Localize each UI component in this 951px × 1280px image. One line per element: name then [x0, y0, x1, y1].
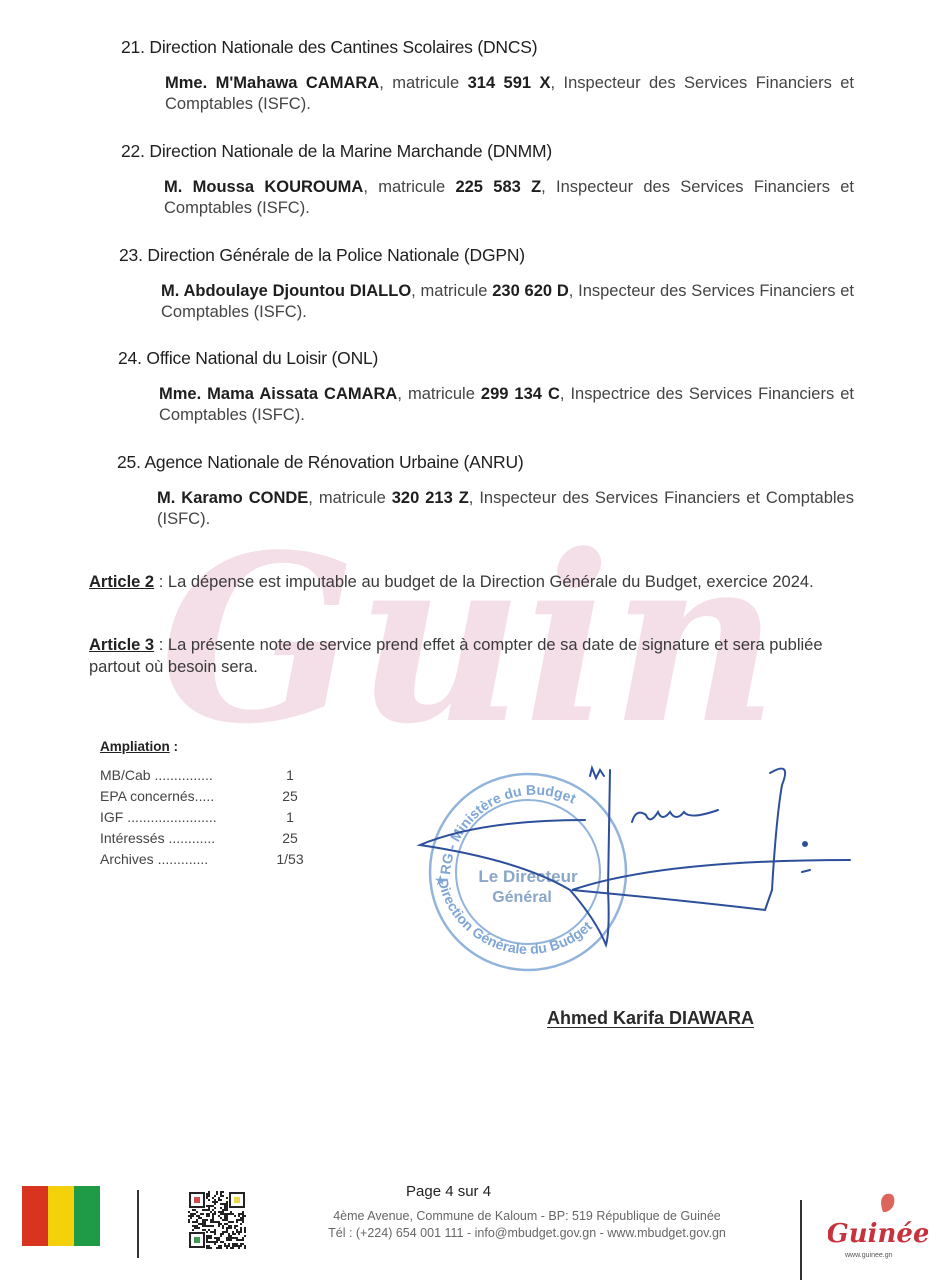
- footer-divider: [137, 1190, 139, 1258]
- entry-organization: 22. Direction Nationale de la Marine Mar…: [121, 141, 552, 162]
- ampliation-title: Ampliation: [100, 739, 170, 754]
- qr-code-icon: [188, 1191, 246, 1249]
- ampliation-row: EPA concernés.....25: [100, 786, 340, 807]
- page-number: Page 4 sur 4: [406, 1183, 491, 1200]
- assignee-name: M. Moussa KOUROUMA: [164, 178, 363, 196]
- article-3: Article 3 : La présente note de service …: [89, 634, 844, 678]
- matricule: 314 591 X: [468, 74, 551, 92]
- entry-assignee: M. Moussa KOUROUMA, matricule 225 583 Z,…: [164, 177, 854, 219]
- assignee-name: M. Karamo CONDE: [157, 489, 308, 507]
- article-2: Article 2 : La dépense est imputable au …: [89, 571, 844, 593]
- ampliation-row: IGF .......................1: [100, 807, 340, 828]
- matricule: 225 583 Z: [455, 178, 541, 196]
- article-text: La présente note de service prend effet …: [89, 636, 823, 676]
- ampliation-row: Intéressés ............25: [100, 828, 340, 849]
- footer-divider: [800, 1200, 802, 1280]
- entry-assignee: Mme. M'Mahawa CAMARA, matricule 314 591 …: [165, 73, 854, 115]
- ampliation-block: Ampliation : MB/Cab ...............1EPA …: [100, 738, 340, 870]
- matricule: 320 213 Z: [392, 489, 469, 507]
- signatory-name: Ahmed Karifa DIAWARA: [547, 1008, 754, 1029]
- svg-text:Guinée: Guinée: [828, 1219, 928, 1249]
- svg-text:Général: Général: [492, 889, 552, 906]
- entry-organization: 25. Agence Nationale de Rénovation Urbai…: [117, 452, 524, 473]
- entry-assignee: M. Abdoulaye Djountou DIALLO, matricule …: [161, 281, 854, 323]
- ampliation-row: MB/Cab ...............1: [100, 765, 340, 786]
- article-label: Article 3: [89, 636, 154, 654]
- svg-text:★: ★: [434, 872, 447, 888]
- guinee-logo-url: www.guinee.gn: [845, 1252, 892, 1259]
- footer-address: 4ème Avenue, Commune de Kaloum - BP: 519…: [282, 1208, 772, 1242]
- entry-organization: 21. Direction Nationale des Cantines Sco…: [121, 37, 537, 58]
- matricule: 230 620 D: [492, 282, 569, 300]
- assignee-name: Mme. Mama Aissata CAMARA: [159, 385, 397, 403]
- entry-assignee: M. Karamo CONDE, matricule 320 213 Z, In…: [157, 488, 854, 530]
- entry-organization: 23. Direction Générale de la Police Nati…: [119, 245, 525, 266]
- entry-organization: 24. Office National du Loisir (ONL): [118, 348, 378, 369]
- ampliation-list: MB/Cab ...............1EPA concernés....…: [100, 765, 340, 870]
- assignee-name: Mme. M'Mahawa CAMARA: [165, 74, 379, 92]
- svg-text:RG - Ministère du Budget: RG - Ministère du Budget: [437, 782, 579, 876]
- matricule: 299 134 C: [481, 385, 560, 403]
- entry-assignee: Mme. Mama Aissata CAMARA, matricule 299 …: [159, 384, 854, 426]
- article-text: La dépense est imputable au budget de la…: [168, 573, 814, 591]
- stamp-and-signature: RG - Ministère du Budget Direction Génér…: [400, 760, 870, 980]
- article-label: Article 2: [89, 573, 154, 591]
- guinea-flag-icon: [22, 1186, 100, 1246]
- assignee-name: M. Abdoulaye Djountou DIALLO: [161, 282, 411, 300]
- handwritten-signature: [420, 768, 850, 945]
- ampliation-row: Archives .............1/53: [100, 849, 340, 870]
